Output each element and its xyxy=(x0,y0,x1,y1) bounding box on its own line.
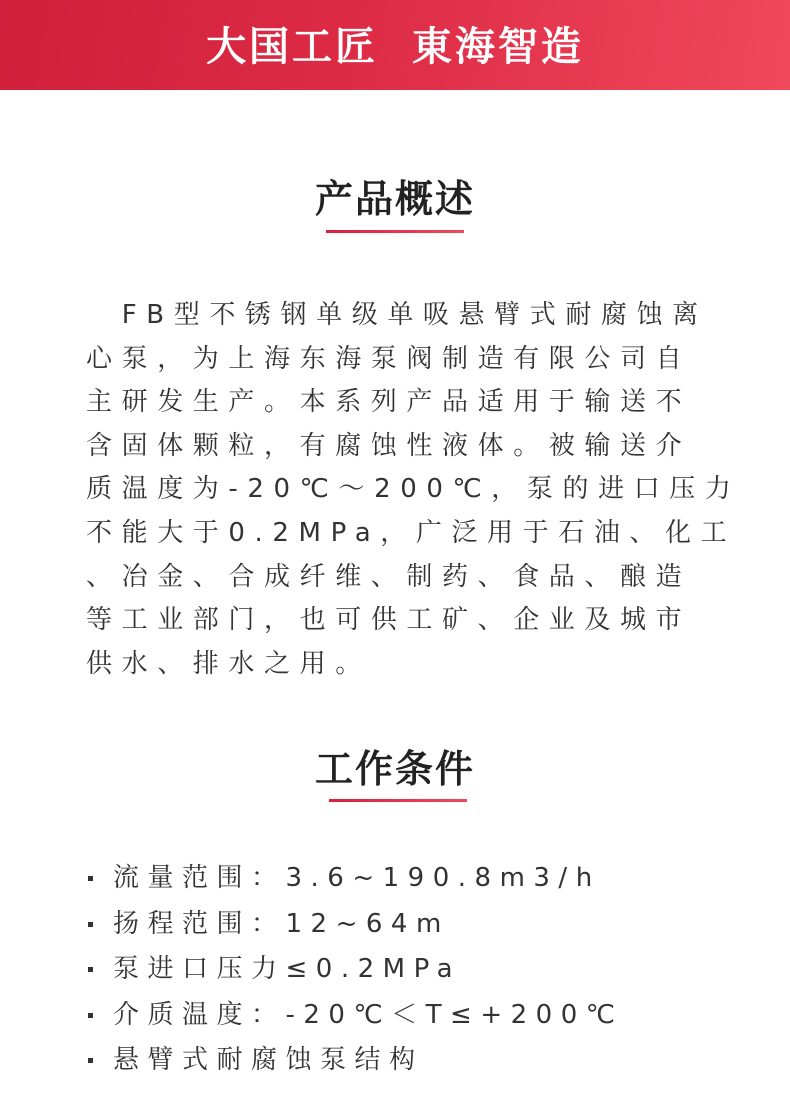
paragraph-line: 主研发生产。本系列产品适用于输送不 xyxy=(86,381,708,425)
condition-item-head-range: 扬程范围：12~64m xyxy=(84,902,704,948)
condition-text: 扬程范围：12~64m xyxy=(113,902,450,948)
bullet-icon xyxy=(88,1058,93,1063)
bullet-icon xyxy=(88,922,93,927)
paragraph-line: 供水、排水之用。 xyxy=(86,643,708,687)
section-title-overview: 产品概述 xyxy=(0,168,790,223)
condition-text: 悬臂式耐腐蚀泵结构 xyxy=(113,1038,424,1084)
condition-item-structure: 悬臂式耐腐蚀泵结构 xyxy=(84,1038,704,1084)
paragraph-line: 含固体颗粒，有腐蚀性液体。被输送介 xyxy=(86,425,708,469)
overview-paragraph: FB型不锈钢单级单吸悬臂式耐腐蚀离 心泵，为上海东海泵阀制造有限公司自 主研发生… xyxy=(86,294,708,686)
condition-text: 流量范围：3.6~190.8m3/h xyxy=(113,856,601,902)
section-divider-overview xyxy=(326,230,464,233)
banner-title: 大国工匠 東海智造 xyxy=(206,15,584,72)
section-divider-conditions xyxy=(329,799,467,802)
bullet-icon xyxy=(88,967,93,972)
bullet-icon xyxy=(88,1013,93,1018)
condition-item-medium-temperature: 介质温度：-20℃＜T≤+200℃ xyxy=(84,993,704,1039)
paragraph-line: 等工业部门，也可供工矿、企业及城市 xyxy=(86,599,708,643)
paragraph-line: 心泵，为上海东海泵阀制造有限公司自 xyxy=(86,338,708,382)
condition-text: 介质温度：-20℃＜T≤+200℃ xyxy=(113,993,623,1039)
condition-text: 泵进口压力≤0.2MPa xyxy=(113,947,461,993)
paragraph-line: 、冶金、合成纤维、制药、食品、酿造 xyxy=(86,556,708,600)
condition-item-inlet-pressure: 泵进口压力≤0.2MPa xyxy=(84,947,704,993)
paragraph-line: FB型不锈钢单级单吸悬臂式耐腐蚀离 xyxy=(86,294,708,338)
bullet-icon xyxy=(88,876,93,881)
paragraph-line: 不能大于0.2MPa，广泛用于石油、化工 xyxy=(86,512,708,556)
section-title-conditions: 工作条件 xyxy=(0,738,790,793)
condition-item-flow-range: 流量范围：3.6~190.8m3/h xyxy=(84,856,704,902)
paragraph-line: 质温度为-20℃～200℃，泵的进口压力 xyxy=(86,468,708,512)
header-banner: 大国工匠 東海智造 xyxy=(0,0,790,90)
conditions-list: 流量范围：3.6~190.8m3/h 扬程范围：12~64m 泵进口压力≤0.2… xyxy=(84,856,704,1084)
